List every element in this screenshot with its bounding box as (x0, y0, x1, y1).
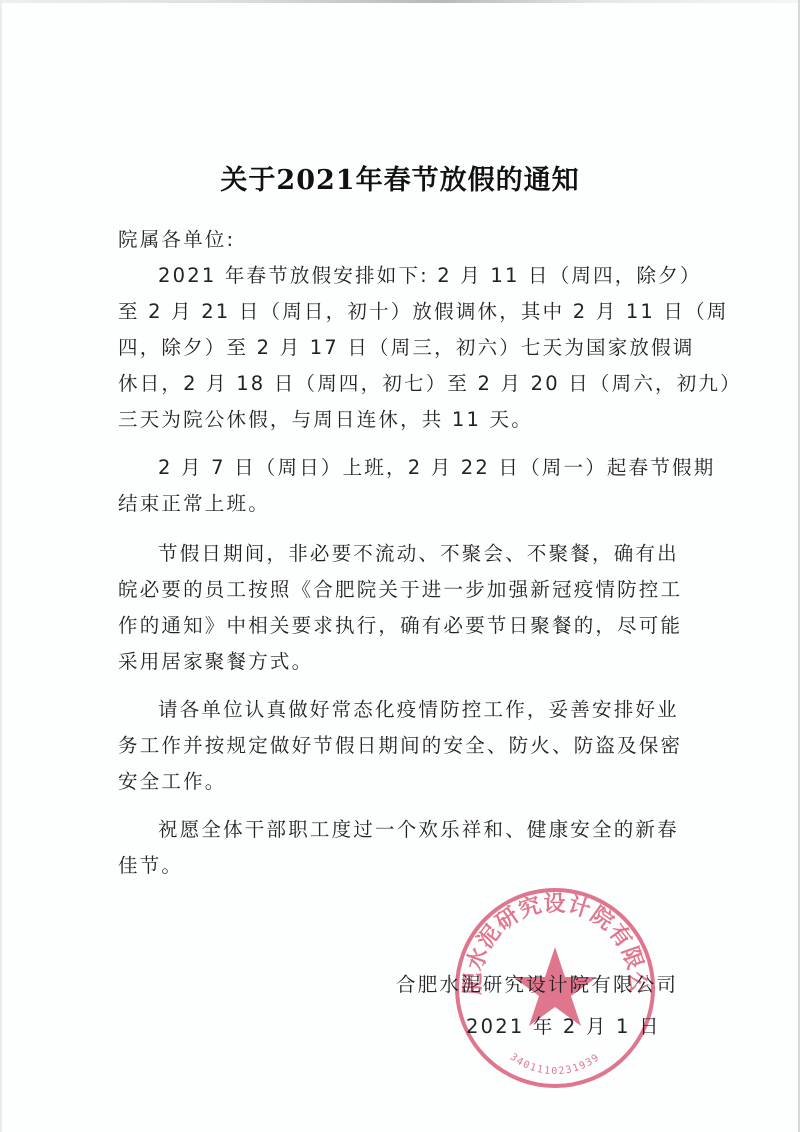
paragraph-1-line-4: 休日，2 月 18 日（周四，初七）至 2 月 20 日（周六，初九） (118, 370, 678, 398)
signature-organization: 合肥水泥研究设计院有限公司 (396, 969, 678, 997)
signature-date: 2021 年 2 月 1 日 (466, 1011, 661, 1039)
paragraph-2-line-2: 结束正常上班。 (118, 490, 270, 518)
paragraph-1-line-2: 至 2 月 21 日（周日，初十）放假调休，其中 2 月 11 日（周 (118, 298, 678, 326)
paragraph-4-line-2: 务工作并按规定做好节假日期间的安全、防火、防盗及保密 (118, 732, 678, 760)
paragraph-3-line-3: 作的通知》中相关要求执行，确有必要节日聚餐的，尽可能 (118, 612, 678, 640)
document-title: 关于2021年春节放假的通知 (0, 158, 800, 197)
paragraph-4-line-3: 安全工作。 (118, 768, 227, 796)
paragraph-4-line-1: 请各单位认真做好常态化疫情防控工作，妥善安排好业 (158, 696, 678, 724)
paragraph-3-line-2: 皖必要的员工按照《合肥院关于进一步加强新冠疫情防控工 (118, 576, 678, 604)
seal-number: 3401110231939 (508, 1052, 602, 1077)
paragraph-5-line-2: 佳节。 (118, 852, 183, 880)
paragraph-2-line-1: 2 月 7 日（周日）上班，2 月 22 日（周一）起春节假期 (158, 454, 678, 482)
document-page: 关于2021年春节放假的通知 院属各单位: 2021 年春节放假安排如下: 2 … (0, 0, 800, 1132)
paragraph-1-line-1: 2021 年春节放假安排如下: 2 月 11 日（周四，除夕） (158, 262, 678, 290)
paragraph-1-line-5: 三天为院公休假，与周日连休，共 11 天。 (118, 406, 533, 434)
paragraph-3-line-4: 采用居家聚餐方式。 (118, 648, 313, 676)
paragraph-3-line-1: 节假日期间，非必要不流动、不聚会、不聚餐，确有出 (158, 540, 678, 568)
svg-text:3401110231939: 3401110231939 (508, 1052, 602, 1077)
paragraph-1-line-3: 四，除夕）至 2 月 17 日（周三，初六）七天为国家放假调 (118, 334, 678, 362)
paragraph-5-line-1: 祝愿全体干部职工度过一个欢乐祥和、健康安全的新春 (158, 816, 678, 844)
scan-edge-top (0, 0, 800, 3)
salutation: 院属各单位: (118, 226, 235, 254)
